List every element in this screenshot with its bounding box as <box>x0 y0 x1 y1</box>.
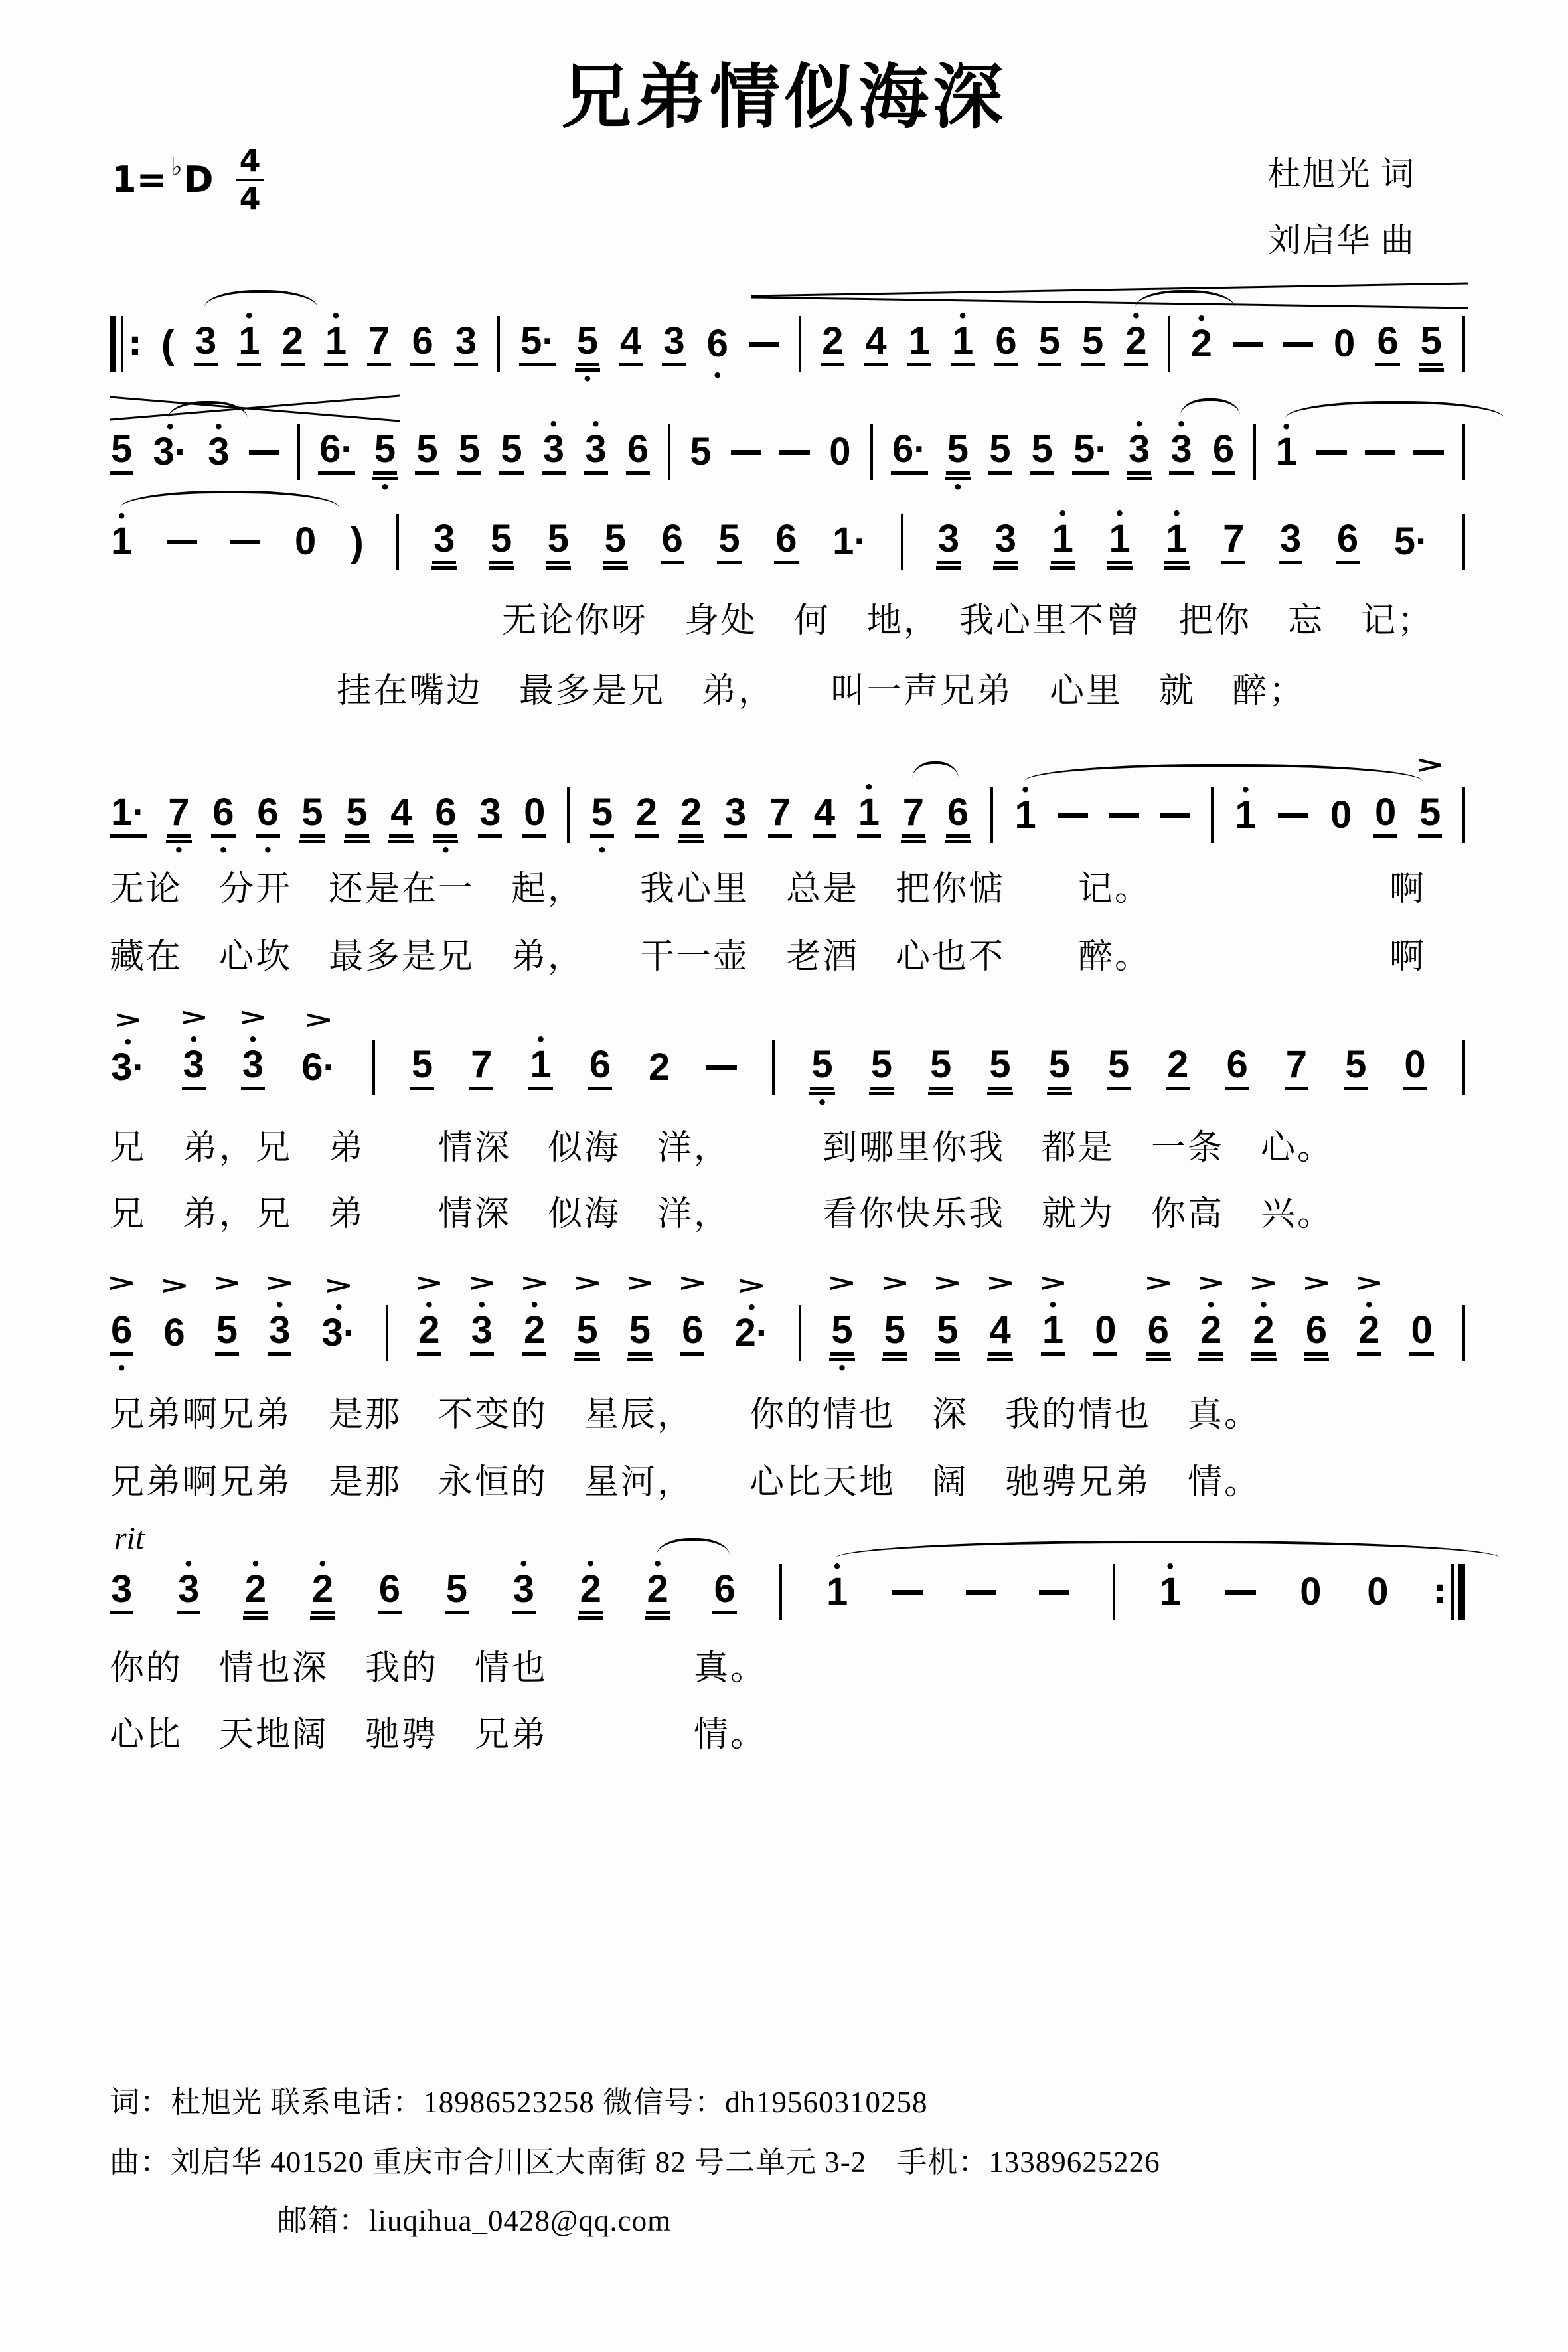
octave-dot-high: • <box>531 1295 538 1315</box>
accent-mark: > <box>1301 1271 1331 1295</box>
dash-duration <box>1316 450 1347 455</box>
note-token: 6 <box>588 1046 612 1090</box>
accent-mark: > <box>520 1271 550 1295</box>
octave-dot-high: • <box>654 1554 661 1574</box>
octave-dot-high: • <box>520 1554 527 1574</box>
note-token: 5• <box>810 1046 834 1090</box>
note-token: 5· <box>1393 522 1430 561</box>
octave-dot-high: • <box>1167 1557 1174 1577</box>
octave-dot-low: • <box>442 840 449 860</box>
note-token: 0 <box>1298 1573 1322 1611</box>
accent-mark: > <box>880 1271 909 1295</box>
note-token: 5> <box>935 1311 959 1356</box>
music-line-7: 33•2•2•653•2•2•61•1•00: <box>110 1560 1465 1624</box>
note-token: 4 <box>619 322 643 366</box>
note-token: 2•> <box>1251 1311 1275 1356</box>
note-token: 3 <box>194 322 218 366</box>
lyrics-row-ending1: 你的 情也深 我的 情也 真。 <box>110 1640 767 1689</box>
note-token: 5 <box>1038 322 1061 366</box>
note-token: 5 <box>546 520 570 564</box>
barline <box>1462 424 1465 480</box>
lyrics-row-chorus1-b: 兄弟啊兄弟 是那 不变的 星辰， 你的情也 深 我的情也 真。 <box>110 1386 1261 1436</box>
note-token: 1• <box>324 322 348 366</box>
dash-duration <box>892 1590 923 1595</box>
lyrics-row-verse1-b: 无论 分开 还是在一 起， 我心里 总是 把你惦 记。 啊 <box>110 860 1426 910</box>
octave-dot-high: • <box>125 1032 132 1052</box>
note-token: 5> <box>575 1311 599 1356</box>
octave-dot-high: • <box>1059 504 1066 524</box>
note-token: 2 <box>647 1048 671 1087</box>
note-token: 5 <box>1107 1046 1131 1090</box>
barline <box>396 514 399 570</box>
octave-dot-low: • <box>819 1093 826 1113</box>
note-token: 2 <box>1166 1046 1190 1090</box>
note-token: 4 <box>389 793 413 838</box>
note-token: 5 <box>1030 430 1054 475</box>
dash-duration <box>779 450 810 455</box>
note-token: 0 <box>1373 793 1397 838</box>
barline <box>1462 1040 1465 1095</box>
note-token: 0 <box>1403 1046 1427 1090</box>
dash-duration <box>1160 813 1190 818</box>
octave-dot-low: • <box>220 840 227 860</box>
flat-sign: ♭ <box>171 152 183 181</box>
tie-slur-arc <box>912 761 959 779</box>
dash-duration <box>1225 1590 1256 1595</box>
note-token: 1• <box>951 322 975 366</box>
note-token: 1• <box>825 1573 849 1611</box>
dash-duration <box>249 450 279 455</box>
tie-slur-arc <box>1285 401 1504 418</box>
note-token: 3 <box>937 520 961 564</box>
dash-duration <box>1109 813 1139 818</box>
accent-mark: > <box>179 1006 208 1030</box>
accent-mark: > <box>678 1271 708 1295</box>
note-token: 5 <box>603 520 627 564</box>
note-token: 1• <box>1164 520 1188 564</box>
barline <box>772 1040 775 1095</box>
lyrics-row-ending2: 心比 天地阔 驰骋 兄弟 情。 <box>110 1706 767 1756</box>
key-letter: D <box>184 159 214 200</box>
octave-dot-high: • <box>479 1295 486 1315</box>
note-token: 1• <box>1107 520 1131 564</box>
octave-dot-high: • <box>1260 1295 1267 1315</box>
octave-dot-high: • <box>834 1557 841 1577</box>
accent-mark: > <box>113 1008 143 1032</box>
octave-dot-low: • <box>599 840 606 860</box>
octave-dot-high: • <box>537 1030 544 1050</box>
note-token: 2 <box>635 793 659 838</box>
barline <box>1113 1564 1115 1620</box>
note-token: 7 <box>768 793 792 838</box>
note-token: 3• <box>542 430 566 475</box>
meter-denominator: 4 <box>240 181 261 214</box>
note-token: 7• <box>167 793 191 838</box>
note-token: 5> <box>215 1311 239 1356</box>
note-token: 1• <box>1158 1573 1182 1611</box>
note-token: 6• <box>211 793 235 838</box>
note-token: 3 <box>110 1570 133 1614</box>
note-token: 0 <box>1093 1311 1117 1356</box>
note-token: 6• <box>706 325 730 363</box>
note-token: 5 <box>688 433 712 471</box>
accent-mark: > <box>985 1271 1015 1295</box>
octave-dot-high: • <box>1366 1295 1373 1315</box>
accent-mark: > <box>265 1271 295 1295</box>
dash-duration <box>1058 813 1088 818</box>
note-token: 2 <box>281 322 305 366</box>
note-token: 5 <box>345 793 368 838</box>
accent-mark: > <box>324 1274 354 1298</box>
sheet-music-page: 兄弟情似海深 1=♭D 4 4 杜旭光 词 刘启华 曲 :(31•21•7635… <box>0 0 1568 2352</box>
key-prefix: 1= <box>112 159 167 200</box>
note-token: 2• <box>311 1570 335 1614</box>
note-token: 1• <box>857 793 881 838</box>
accent-mark: > <box>625 1271 655 1295</box>
barline <box>990 787 993 843</box>
octave-dot-low: • <box>118 1358 125 1378</box>
note-token: 6 <box>946 793 970 838</box>
note-token: 3• <box>1169 430 1193 475</box>
note-token: 5 <box>1344 1046 1368 1090</box>
octave-dot-high: • <box>246 306 253 326</box>
note-token: 0 <box>293 522 317 561</box>
barline <box>1211 787 1214 843</box>
note-token: 5 <box>1419 322 1443 366</box>
octave-dot-high: • <box>426 1295 433 1315</box>
note-token: 3·•> <box>321 1314 358 1352</box>
note-token: 2• <box>1190 325 1214 363</box>
note-token: 5 <box>1048 1046 1071 1090</box>
note-token: 3·•> <box>110 1048 147 1087</box>
note-token: 7 <box>469 1046 493 1090</box>
octave-dot-high: • <box>276 1295 283 1315</box>
barline <box>386 1305 388 1361</box>
barline <box>901 514 903 570</box>
note-token: 2 <box>821 322 844 366</box>
note-token: 6 <box>626 430 650 475</box>
note-token: 3• <box>206 433 230 471</box>
lyrics-row-verse2-b: 藏在 心坎 最多是兄 弟， 干一壶 老酒 心也不 醉。 啊 <box>110 928 1426 978</box>
note-token: 5· <box>519 322 556 366</box>
music-line-3: 1•0)35556561·331•1•1•7365· <box>110 510 1465 574</box>
accent-mark: > <box>1415 753 1445 777</box>
accent-mark: > <box>933 1271 963 1295</box>
octave-dot-high: • <box>1242 780 1249 800</box>
dash-duration <box>966 1590 996 1595</box>
octave-dot-high: • <box>335 1298 343 1318</box>
music-line-2: 53·•3•6·5•5553•3•6506·5•555·3•3•61• <box>110 420 1465 484</box>
accent-mark: > <box>737 1274 767 1298</box>
note-token: 6 <box>712 1570 736 1614</box>
note-token: 6 <box>661 520 684 564</box>
octave-dot-high: • <box>319 1554 327 1574</box>
lyrics-row-chorus2-b: 兄弟啊兄弟 是那 永恒的 星河， 心比天地 阔 驰骋兄弟 情。 <box>110 1454 1261 1504</box>
octave-dot-high: • <box>252 1554 260 1574</box>
key-signature: 1=♭D 4 4 <box>112 145 264 215</box>
note-token: 6 <box>1336 520 1360 564</box>
octave-dot-high: • <box>592 414 599 434</box>
music-line-6: 6•>6>5>3•>3·•>2•>3•>2•>5>5>6>2·•>5•>5>5>… <box>110 1301 1465 1365</box>
note-token: 5 <box>870 1046 894 1090</box>
note-token: 0 <box>1366 1573 1389 1611</box>
note-token: 3•> <box>182 1046 206 1090</box>
note-token: 7 <box>1285 1046 1308 1090</box>
barline <box>1462 514 1465 570</box>
octave-dot-high: • <box>215 417 222 437</box>
note-token: 2 <box>679 793 703 838</box>
footer-lyricist-contact: 词：杜旭光 联系电话：18986523258 微信号：dh19560310258 <box>110 2078 928 2121</box>
note-token: 3 <box>724 793 747 838</box>
note-token: 5 <box>988 430 1012 475</box>
barline <box>799 1305 801 1361</box>
note-token: 5• <box>576 322 599 366</box>
note-token: 1• <box>1275 433 1298 471</box>
barline <box>779 1564 782 1620</box>
note-token: 3·• <box>151 433 189 471</box>
crescendo-hairpin <box>749 280 1470 312</box>
note-token: 1• <box>237 322 261 366</box>
note-token: 3•> <box>241 1046 265 1090</box>
lyrics-row-verse2-a: 挂在嘴边 最多是兄 弟， 叫一声兄弟 心里 就 醉； <box>337 663 1305 712</box>
note-token: 5 <box>717 520 741 564</box>
note-token: 3 <box>478 793 502 838</box>
lyrics-row-chorus2-a: 兄 弟，兄 弟 情深 似海 洋， 看你快乐我 就为 你高 兴。 <box>110 1186 1334 1235</box>
note-token: 1• <box>110 522 133 561</box>
octave-dot-high: • <box>167 417 174 437</box>
note-token: 5 <box>1081 322 1105 366</box>
accent-mark: > <box>159 1274 189 1298</box>
octave-dot-high: • <box>1022 780 1029 800</box>
octave-dot-low: • <box>175 840 183 860</box>
parenthesis: ) <box>351 519 364 565</box>
note-token: 4> <box>988 1311 1012 1356</box>
note-token: 6• <box>256 793 279 838</box>
octave-dot-high: • <box>185 1554 193 1574</box>
octave-dot-high: • <box>1198 309 1205 329</box>
barline <box>1462 316 1465 372</box>
note-token: 3 <box>454 322 478 366</box>
barline <box>1462 1305 1465 1361</box>
note-token: 1• <box>1233 796 1257 834</box>
accent-mark: > <box>1249 1271 1279 1295</box>
note-token: 1 <box>907 322 931 366</box>
barline <box>1168 316 1170 372</box>
octave-dot-high: • <box>587 1554 594 1574</box>
octave-dot-low: • <box>714 366 722 386</box>
octave-dot-low: • <box>838 1358 846 1378</box>
note-token: 6 <box>1225 1046 1249 1090</box>
note-token: 1• <box>1013 796 1037 834</box>
lyricist-credit: 杜旭光 词 <box>1268 147 1416 195</box>
octave-dot-high: • <box>866 777 873 797</box>
dash-duration <box>1039 1590 1069 1595</box>
note-token: 6 <box>378 1570 402 1614</box>
note-token: 5 <box>988 1046 1012 1090</box>
note-token: 5> <box>883 1311 907 1356</box>
meter-numerator: 4 <box>236 145 264 181</box>
note-token: 2• <box>646 1570 670 1614</box>
barline <box>497 316 500 372</box>
barline <box>297 424 300 480</box>
accent-mark: > <box>238 1006 268 1030</box>
note-token: 6• <box>433 793 457 838</box>
octave-dot-low: • <box>382 477 389 497</box>
note-token: 5 <box>415 430 439 475</box>
note-token: 1· <box>831 522 868 561</box>
barline <box>1253 424 1256 480</box>
note-token: 0 <box>1332 325 1356 363</box>
accent-mark: > <box>827 1271 857 1295</box>
note-token: 5 <box>300 793 324 838</box>
accent-mark: > <box>467 1271 497 1295</box>
time-signature: 4 4 <box>236 145 264 215</box>
octave-dot-high: • <box>748 1298 755 1318</box>
barline <box>372 1040 375 1095</box>
note-token: 6· <box>891 430 928 475</box>
note-token: 0 <box>828 433 852 471</box>
dash-duration <box>706 1065 737 1070</box>
note-token: 3• <box>584 430 607 475</box>
note-token: 7 <box>367 322 391 366</box>
octave-dot-high: • <box>333 306 340 326</box>
note-token: 2• <box>1124 322 1148 366</box>
accent-mark: > <box>212 1271 242 1295</box>
octave-dot-high: • <box>1136 414 1143 434</box>
repeat-begin-sign: : <box>110 316 142 372</box>
note-token: 5· <box>1072 430 1109 475</box>
note-token: 6> <box>680 1311 704 1356</box>
note-token: 1• <box>1051 520 1075 564</box>
parenthesis: ( <box>161 321 175 367</box>
composer-credit: 刘启华 曲 <box>1268 214 1416 262</box>
note-token: 3• <box>512 1570 536 1614</box>
dash-duration <box>1365 450 1395 455</box>
music-line-1: :(31•21•7635·5•436•2411•6552•2•065 <box>110 312 1465 376</box>
note-token: 5 <box>110 430 133 475</box>
accent-mark: > <box>1038 1271 1067 1295</box>
accent-mark: > <box>1354 1271 1384 1295</box>
song-title: 兄弟情似海深 <box>0 41 1568 142</box>
note-token: 2•> <box>417 1311 441 1356</box>
note-token: 2•> <box>1199 1311 1223 1356</box>
octave-dot-low: • <box>584 369 591 389</box>
tie-slur-arc <box>204 290 317 307</box>
dash-duration <box>167 540 197 544</box>
note-token: 0 <box>1409 1311 1433 1356</box>
note-token: 4 <box>813 793 836 838</box>
octave-dot-high: • <box>1116 504 1123 524</box>
octave-dot-high: • <box>1133 306 1140 326</box>
note-token: 5 <box>489 520 513 564</box>
dash-duration <box>749 342 779 347</box>
note-token: 6 <box>994 322 1018 366</box>
accent-mark: > <box>303 1008 333 1032</box>
accent-mark: > <box>1143 1271 1173 1295</box>
dash-duration <box>1413 450 1444 455</box>
note-token: 4 <box>864 322 888 366</box>
note-token: 5•> <box>830 1311 854 1356</box>
note-token: 3 <box>1279 520 1302 564</box>
octave-dot-low: • <box>955 477 962 497</box>
note-token: 2•> <box>1357 1311 1381 1356</box>
octave-dot-high: • <box>250 1030 257 1050</box>
note-token: 7 <box>1221 520 1245 564</box>
tie-slur-arc <box>1024 764 1423 781</box>
note-token: 0 <box>1329 796 1353 834</box>
tempo-marking-rit: rit <box>114 1520 144 1557</box>
music-line-5: 3·•>3•>3•>6·>571•625•5555526750 <box>110 1036 1465 1099</box>
note-token: 2• <box>244 1570 268 1614</box>
repeat-end-sign: : <box>1433 1564 1465 1620</box>
barline <box>567 787 570 843</box>
note-token: 6·> <box>300 1048 337 1087</box>
note-token: 2•> <box>522 1311 546 1356</box>
note-token: 3• <box>1127 430 1151 475</box>
barline <box>799 316 801 372</box>
note-token: 5 <box>445 1570 469 1614</box>
note-token: 5 <box>499 430 523 475</box>
dash-duration <box>1283 342 1313 347</box>
barline <box>668 424 670 480</box>
tie-slur-arc <box>1180 398 1240 416</box>
note-token: 5> <box>1418 793 1442 838</box>
note-token: 3•> <box>470 1311 494 1356</box>
note-token: 5• <box>373 430 397 475</box>
note-token: 1• <box>528 1046 552 1090</box>
octave-dot-low: • <box>264 840 272 860</box>
note-token: 5• <box>946 430 970 475</box>
note-token: 5 <box>929 1046 953 1090</box>
octave-dot-high: • <box>1178 414 1185 434</box>
music-line-4: 1·7•6•6•5546•305•223741•761•1•005> <box>110 783 1465 847</box>
note-token: 1•> <box>1041 1311 1065 1356</box>
note-token: 0 <box>522 793 546 838</box>
tie-slur-arc <box>657 1538 730 1555</box>
note-token: 6 <box>410 322 434 366</box>
octave-dot-high: • <box>1283 417 1290 437</box>
lyrics-row-chorus1-a: 兄 弟，兄 弟 情深 似海 洋， 到哪里你我 都是 一条 心。 <box>110 1119 1334 1169</box>
note-token: 3 <box>662 322 686 366</box>
note-token: 5> <box>628 1311 652 1356</box>
note-token: 6> <box>1304 1311 1328 1356</box>
note-token: 2• <box>579 1570 603 1614</box>
octave-dot-high: • <box>190 1030 197 1050</box>
barline <box>1462 787 1465 843</box>
dash-duration <box>731 450 761 455</box>
octave-dot-high: • <box>1208 1295 1215 1315</box>
note-token: 6 <box>774 520 798 564</box>
note-token: 3• <box>177 1570 200 1614</box>
dash-duration <box>230 540 260 544</box>
accent-mark: > <box>414 1271 444 1295</box>
note-token: 6 <box>1375 322 1399 366</box>
note-token: 3 <box>432 520 456 564</box>
note-token: 6> <box>162 1314 186 1352</box>
note-token: 6•> <box>110 1311 133 1356</box>
note-token: 6· <box>318 430 355 475</box>
note-token: 7 <box>902 793 925 838</box>
accent-mark: > <box>572 1271 602 1295</box>
dash-duration <box>1278 813 1308 818</box>
octave-dot-high: • <box>959 306 967 326</box>
octave-dot-high: • <box>1173 504 1180 524</box>
barline <box>870 424 873 480</box>
lyrics-row-verse1-a: 无论你呀 身处 何 地， 我心里不曾 把你 忘 记； <box>502 592 1434 642</box>
note-token: 1· <box>110 793 147 838</box>
note-token: 6> <box>1146 1311 1170 1356</box>
dash-duration <box>1233 342 1263 347</box>
